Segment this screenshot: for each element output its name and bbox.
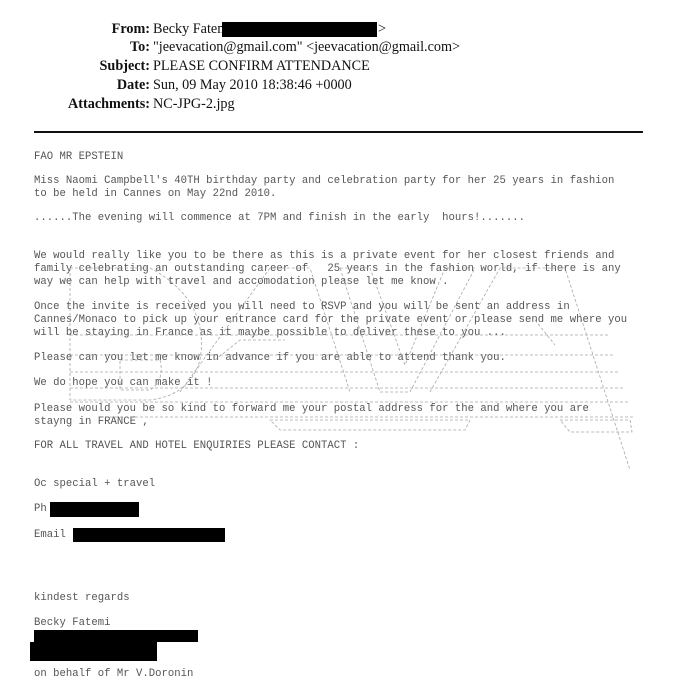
redacted-signature-line-1 [34, 630, 198, 642]
header-divider [34, 131, 643, 133]
redacted-phone [50, 502, 139, 517]
contact-company: Oc special + travel [34, 478, 155, 492]
email-printout: From: Becky Fatemi < > To: "jeevacation@… [0, 0, 680, 691]
subject-row: Subject: [0, 57, 150, 75]
attachments-value-row: NC-JPG-2.jpg [153, 95, 235, 113]
redacted-email [73, 528, 225, 542]
redacted-signature-line-2 [30, 642, 157, 661]
subject-value-row: PLEASE CONFIRM ATTENDANCE [153, 57, 370, 75]
signature-name: Becky Fatemi [34, 617, 111, 631]
subject-label: Subject: [100, 57, 150, 75]
salutation: FAO MR EPSTEIN [34, 151, 123, 165]
from-row: From: [0, 20, 150, 38]
to-label: To: [130, 38, 150, 56]
paragraph-5: Please can you let me know in advance if… [34, 352, 506, 366]
to-row: To: [0, 38, 150, 56]
paragraph-4-line-1: Once the invite is received you will nee… [34, 301, 570, 315]
paragraph-3-line-3: way we can help with travel and accomoda… [34, 276, 449, 290]
paragraph-4-line-3: will be staying in France as it maybe po… [34, 327, 506, 341]
paragraph-3-line-2: family celebrating an outstanding career… [34, 263, 621, 277]
paragraph-8: FOR ALL TRAVEL AND HOTEL ENQUIRIES PLEAS… [34, 440, 359, 454]
to-value[interactable]: "jeevacation@gmail.com" <jeevacation@gma… [153, 39, 460, 55]
date-value-row: Sun, 09 May 2010 18:38:46 +0000 [153, 76, 352, 94]
paragraph-7-line-1: Please would you be so kind to forward m… [34, 403, 589, 417]
paragraph-7-line-2: stayng in FRANCE , [34, 416, 149, 430]
phone-label: Ph [34, 503, 47, 517]
from-label: From: [112, 20, 150, 38]
closing: kindest regards [34, 592, 130, 606]
attachment-link[interactable]: NC-JPG-2.jpg [153, 96, 235, 112]
redacted-sender-email [222, 22, 377, 37]
from-value-end: > [378, 20, 386, 38]
to-value-row: "jeevacation@gmail.com" <jeevacation@gma… [153, 38, 460, 56]
paragraph-6: We do hope you can make it ! [34, 377, 213, 391]
paragraph-1-line-1: Miss Naomi Campbell's 40TH birthday part… [34, 175, 614, 189]
subject-value: PLEASE CONFIRM ATTENDANCE [153, 58, 370, 74]
attachments-label: Attachments: [68, 95, 150, 113]
paragraph-2: ......The evening will commence at 7PM a… [34, 212, 525, 226]
paragraph-3-line-1: We would really like you to be there as … [34, 250, 614, 264]
paragraph-4-line-2: Cannes/Monaco to pick up your entrance c… [34, 314, 627, 328]
on-behalf-line: on behalf of Mr V.Doronin [34, 668, 193, 682]
paragraph-1-line-2: to be held in Cannes on May 22nd 2010. [34, 188, 276, 202]
date-value: Sun, 09 May 2010 18:38:46 +0000 [153, 77, 352, 93]
date-row: Date: [0, 76, 150, 94]
attachments-row: Attachments: [0, 95, 150, 113]
date-label: Date: [117, 76, 150, 94]
email-label: Email [34, 529, 66, 543]
